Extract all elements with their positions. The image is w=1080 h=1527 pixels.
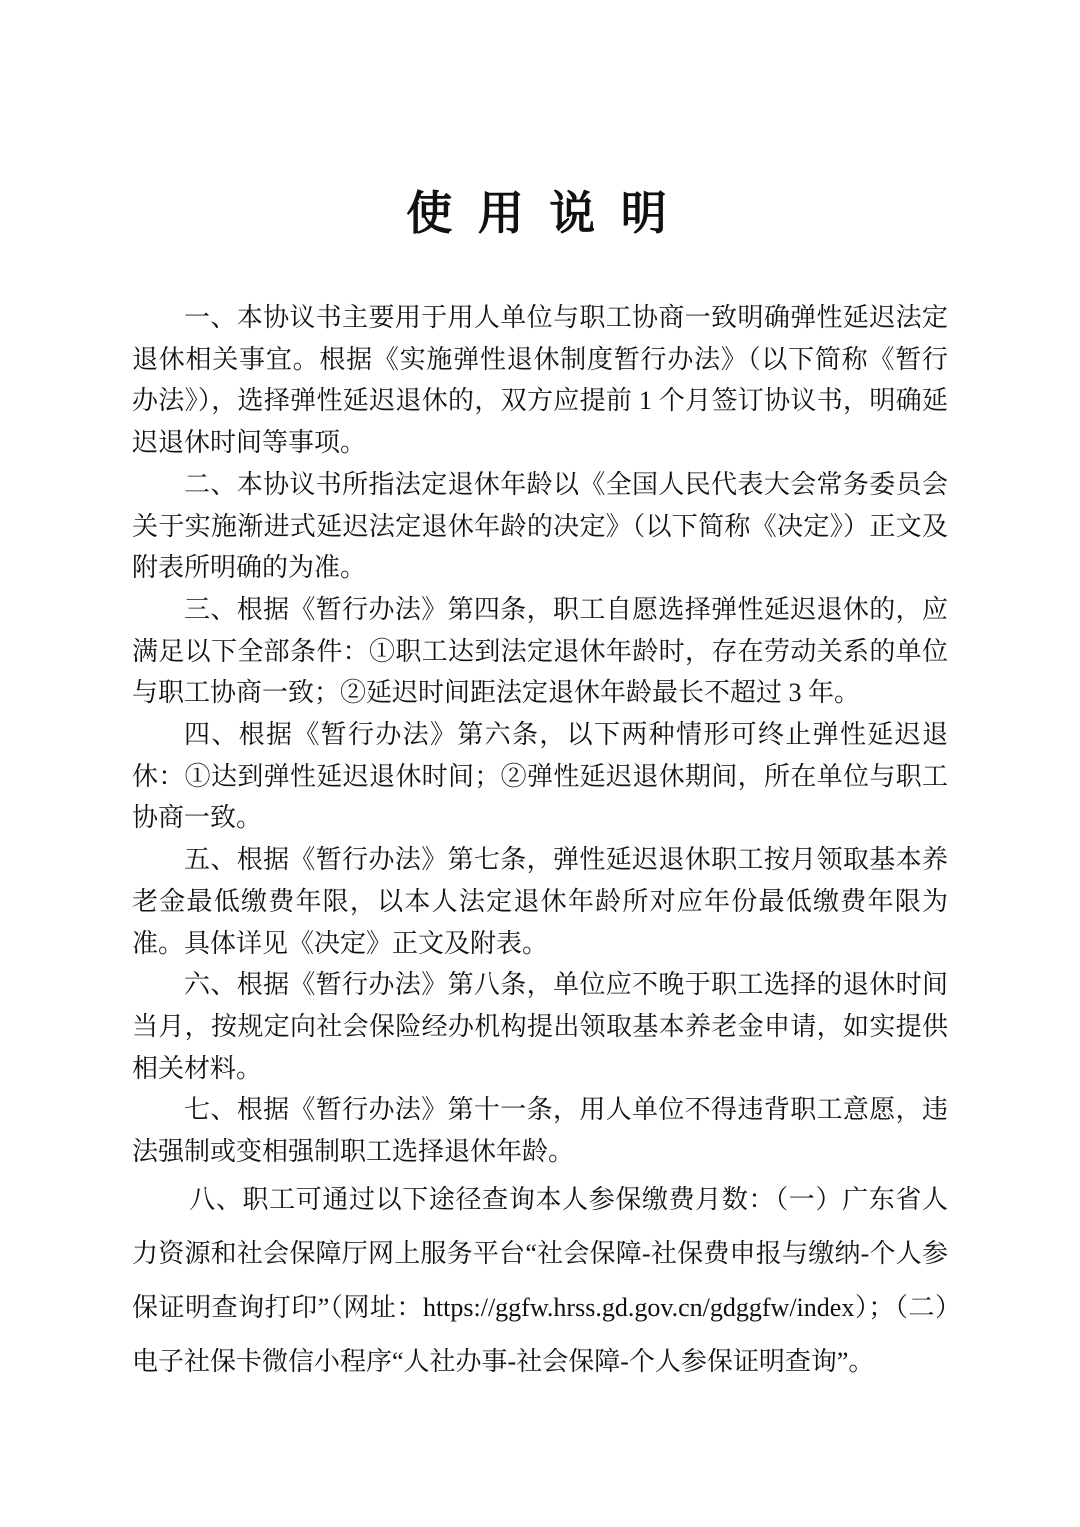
- instruction-paragraph-7: 七、根据《暂行办法》第十一条，用人单位不得违背职工意愿，违法强制或变相强制职工选…: [132, 1089, 948, 1172]
- document-body: 一、本协议书主要用于用人单位与职工协商一致明确弹性延迟法定退休相关事宜。根据《实…: [132, 297, 948, 1389]
- instruction-paragraph-3: 三、根据《暂行办法》第四条，职工自愿选择弹性延迟退休的，应满足以下全部条件：①职…: [132, 589, 948, 714]
- instruction-paragraph-2: 二、本协议书所指法定退休年龄以《全国人民代表大会常务委员会关于实施渐进式延迟法定…: [132, 464, 948, 589]
- instruction-paragraph-6: 六、根据《暂行办法》第八条，单位应不晚于职工选择的退休时间当月，按规定向社会保险…: [132, 964, 948, 1089]
- instruction-paragraph-1: 一、本协议书主要用于用人单位与职工协商一致明确弹性延迟法定退休相关事宜。根据《实…: [132, 297, 948, 464]
- instruction-paragraph-8: 八、职工可通过以下途径查询本人参保缴费月数：（一）广东省人力资源和社会保障厅网上…: [132, 1173, 948, 1389]
- document-title: 使 用 说 明: [132, 183, 948, 245]
- document-page: 使 用 说 明 一、本协议书主要用于用人单位与职工协商一致明确弹性延迟法定退休相…: [0, 0, 1080, 1527]
- instruction-paragraph-4: 四、根据《暂行办法》第六条，以下两种情形可终止弹性延迟退休：①达到弹性延迟退休时…: [132, 714, 948, 839]
- instruction-paragraph-5: 五、根据《暂行办法》第七条，弹性延迟退休职工按月领取基本养老金最低缴费年限，以本…: [132, 839, 948, 964]
